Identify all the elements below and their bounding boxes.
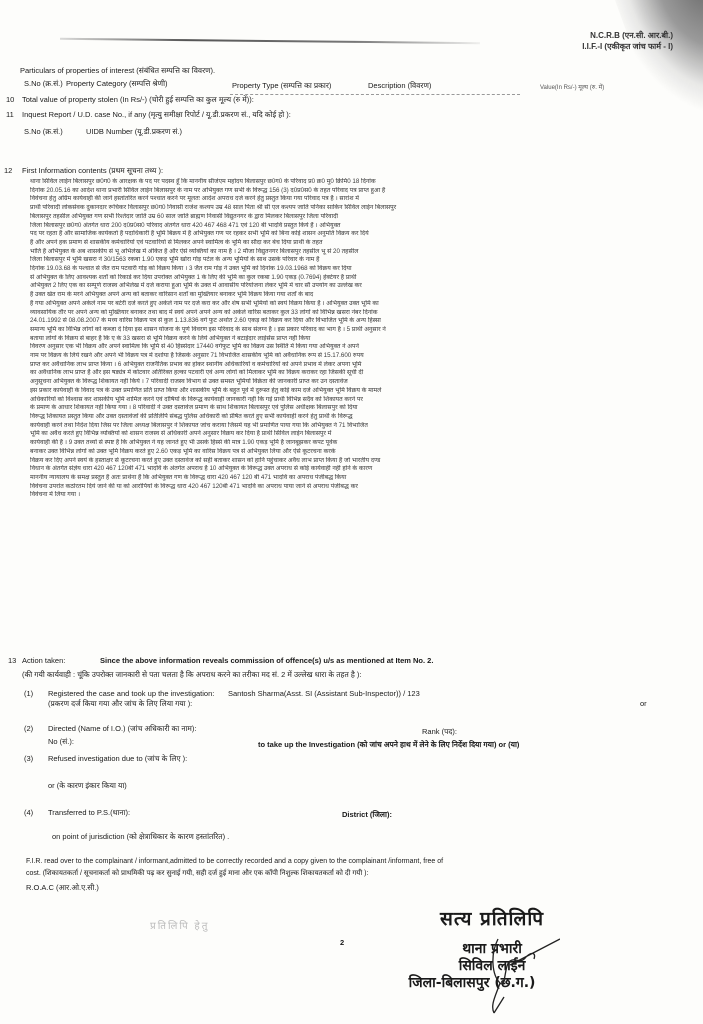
action-1-label: Registered the case and took up the inve… [48,689,214,698]
fir-document-page: N.C.R.B (एन.सी. आर.बी.) I.I.F.-I (एकीकृत… [0,0,703,1024]
fir-body-line: कार्यवाही की है । 9 उक्त तथ्यों से स्पष्… [30,439,670,448]
fir-body-line: दिनांक 19.03.68 के पश्चात से जैत राम पटव… [30,265,670,274]
fir-body-line: अभियुक्त 2 लिए एक का सम्पूर्ण राजस्व अभि… [30,282,670,291]
form-code-ncrb: N.C.R.B (एन.सी. आर.बी.) [582,30,673,41]
item-10-total-stolen: Total value of property stolen (In Rs/-)… [22,95,254,105]
fir-readover-line-2: cost. (शिकायतकर्ता / सूचनाकर्ता को प्राथ… [26,869,368,878]
fir-body-line: बिलासपुर तहसील अभियुक्त गण सभी रिश्तेदार… [30,213,670,222]
item-11-col-uidb: UIDB Number (यू.डी.प्रकरण सं.) [86,127,182,137]
roac-label: R.O.A.C (आर.ओ.ए.सी.) [26,883,99,893]
action-2-rank-label: Rank (पद): [422,727,457,737]
properties-col-description: Description (विवरण) [368,81,431,91]
fir-body-line: 24.01.1992 से 08.08.2007 के मध्य वारिस व… [30,317,670,326]
fir-body-line: विक्रय कर दिए अपने स्वयं के हस्ताक्षर से… [30,457,670,466]
properties-col-type: Property Type (सम्पत्ति का प्रकार) [232,81,331,91]
fir-body-line: विवरण अनुसार एक भी विक्रय और अपने स्वामि… [30,343,670,352]
item-11-inquest-report: Inquest Report / U.D. case No., if any (… [22,110,291,120]
fir-body-line: से अभियुक्त के लिए आवश्यक शर्तों को रिका… [30,274,670,283]
page-number: 2 [340,938,344,947]
fir-body-line: के प्रमाण के आधार शिकायत नहीं किया गया ।… [30,404,670,413]
fir-body-line: बनाकर उक्त विभिन्न लोगों को उक्त भूमि वि… [30,448,670,457]
action-2-number: (2) [24,724,33,733]
fir-body-line: प्रार्थी परिवादी लोकसेवक दुकानदार रूचिकर… [30,204,670,213]
properties-underline [230,94,520,95]
fir-body-line: नाम पर विक्रय के लिये रखने और अपने भी वि… [30,352,670,361]
item-12-heading: First Information contents (प्रथम सूचना … [22,166,163,176]
page-corner-shadow [609,0,703,134]
faint-mark: प्रतिलिपि हेतु [150,918,209,932]
fir-body-line: प्राप्त कर अवैधानिक लाभ प्राप्त किया । 6… [30,361,670,370]
fir-body-line: भांति है अभियुक्त के अब शासकीय सं भू अभि… [30,248,670,257]
fir-body-line: कार्यवाही करने तथा निर्देश दिया जिस पर ज… [30,422,670,431]
action-4-number: (4) [24,808,33,817]
signature-icon [470,935,560,1015]
action-3-number: (3) [24,754,33,763]
action-4-jurisdiction: on point of jurisdiction (को क्षेत्राधिक… [52,832,229,842]
properties-heading: Particulars of properties of interest (स… [20,66,215,76]
action-2-no-label: No (सं.): [48,737,74,747]
form-code-iif: I.I.F.-I (एकीकृत जांच फार्म - I) [582,41,673,52]
fir-body-line: है गया अभियुक्त अपने अकेले नाम पर बटेरी … [30,300,670,309]
properties-col-category: Property Category (सम्पत्ति श्रेणी) [66,79,168,89]
stamp-title: सत्य प्रतिलिपि [440,905,544,931]
action-1-number: (1) [24,689,33,698]
item-12-number: 12 [4,166,12,175]
fir-body-line: विरूद्ध शिकायत प्रस्तुत किया और उक्त दस्… [30,413,670,422]
form-code-block: N.C.R.B (एन.सी. आर.बी.) I.I.F.-I (एकीकृत… [582,30,673,52]
item-13-text: Since the above information reveals comm… [100,656,433,665]
fir-body-line: बताया लोगों के विक्रय से बाहर है कि ए के… [30,335,670,344]
action-1-officer: Santosh Sharma(Asst. SI (Assistant Sub-I… [228,689,420,698]
fir-body-line: दिनांक 20.05.16 का आदेश थाना प्रभारी सिव… [30,187,670,196]
action-2-take-up: to take up the Investigation (को जांच अप… [258,740,519,750]
properties-col-sno: S.No (क्र.सं.) [24,79,63,89]
fir-body-line: विवेचना में लिया गया । [30,491,670,500]
item-11-col-sno: S.No (क्र.सं.) [24,127,63,137]
action-4-transferred-label: Transferred to P.S.(थाना): [48,808,130,818]
fir-body-line: पद पर रहता है और सामाजिक कार्यकर्ता है प… [30,230,670,239]
fir-body-line: माननीय न्यायालय के समक्ष प्रस्तुत है अतः… [30,474,670,483]
fir-body-line: अनुसूचना अभियुक्त के विरूद्ध शिकायत नहीं… [30,378,670,387]
item-13-number: 13 [8,656,16,665]
action-1-label-hindi: (प्रकरण दर्ज किया गया और जांच के लिए लिय… [48,699,192,709]
item-13-text-hindi: (की गयी कार्यवाही : चूंकि उपरोक्त जानकार… [22,670,362,680]
fir-body-line: विधान के अंतर्गत संज्ञेय धारा 420 467 12… [30,465,670,474]
fir-body-line: विवेचना हेतु अग्रिम कार्यवाही की जाने हस… [30,195,670,204]
fir-body-line: समान्य भूमि का विभिन्न लोगों को कब्जा दे… [30,326,670,335]
fir-body-line: है और अपने हक प्रमाण से शासकीय कर्मचारिय… [30,239,670,248]
fir-readover-line-1: F.I.R. read over to the complainant / in… [26,858,443,865]
fir-body-line: अधिकारियों को विश्वास कर शासकीय भूमि शाम… [30,396,670,405]
fir-body-line: भूमि का अवैध करते हुए विभिन्न व्यक्तियों… [30,430,670,439]
fir-body-line: विवेचना उपरांत कठोरतम दिये जाने की या को… [30,483,670,492]
item-13-label: Action taken: [22,656,65,665]
first-information-contents: थाना सिविल लाईन बिलासपुर छ0ग0 के आरक्षक … [30,178,670,500]
action-4-district-label: District (जिला): [342,810,392,820]
fir-body-line: इस प्रकार कार्यवाही के विवाद पत्र के उक्… [30,387,670,396]
fir-body-line: जिला बिलासपुर छ0ग0 अंतर्गत धारा 200 द0प्… [30,222,670,231]
action-3-or-label: or (के कारण इंकार किया या) [48,781,127,791]
top-rule-line [60,38,480,44]
fir-body-line: है उक्त खेत राम के मरने अभियुक्त अपने अन… [30,291,670,300]
fir-body-line: व्यावसायिक तौर पर अपने अन्य को मुख्तियार… [30,309,670,318]
fir-body-line: का अवैधानिक लाभ प्राप्त है और इस षड्यंत्… [30,369,670,378]
action-1-or: or [640,699,647,708]
properties-col-value: Value(In Rs/-) मूल्य (रु. में) [540,83,604,91]
item-10-number: 10 [6,95,14,104]
action-3-refused-label: Refused investigation due to (जांच के लि… [48,754,187,764]
item-11-number: 11 [6,110,14,119]
fir-body-line: थाना सिविल लाईन बिलासपुर छ0ग0 के आरक्षक … [30,178,670,187]
fir-body-line: जिला बिलासपुर में भूमि खसरा नं 30/1563 र… [30,256,670,265]
action-2-directed-label: Directed (Name of I.O.) (जांच अधिकारी का… [48,724,197,734]
